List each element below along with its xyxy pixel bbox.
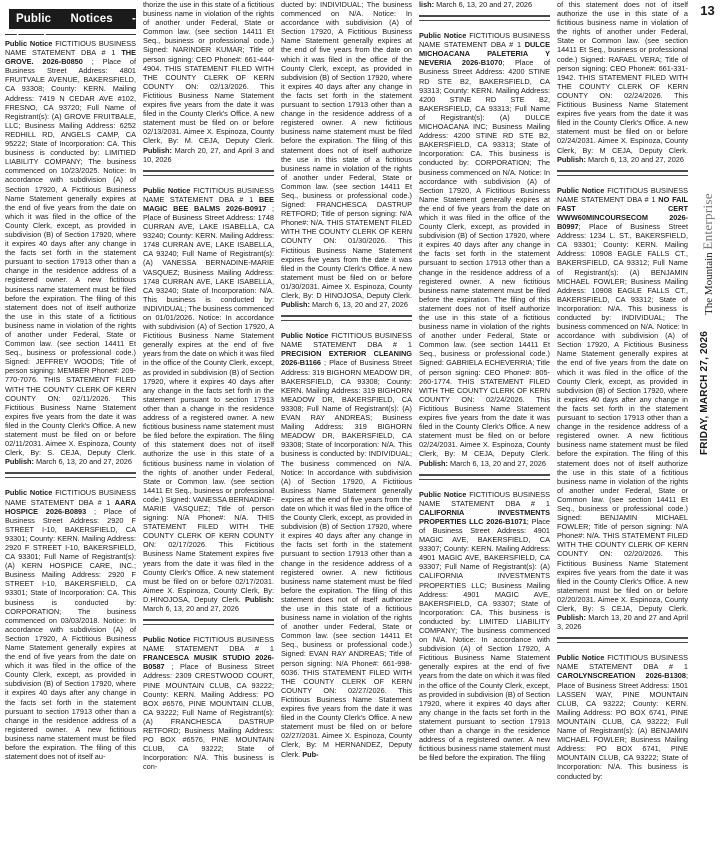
publish-label: Publish: [5,457,34,466]
notice-divider [557,637,688,643]
publish-dates: March 6, 13, 20 and 27, 2026 [448,459,546,468]
publish-dates: March 6, 13, 20 and 27, 2026 [586,155,684,164]
notice-divider [557,170,688,176]
legal-notice-bee-magic: Public Notice FICTITIOUS BUSINESS NAME S… [143,186,274,613]
section-header: Public Notices - Legals [9,9,136,29]
notice-body: ; Place of Business Street Address: 2309… [143,662,274,771]
notice-body: ; Place of Business Street Address: 2920… [5,507,136,762]
column-5: of this statement does not of itself aut… [557,0,688,850]
notice-body: ; Place of Business Street Address: 4200… [419,58,550,458]
legal-notice-the-grove: Public Notice FICTITIOUS BUSINESS NAME S… [5,39,136,466]
publish-label: Publish: [557,155,586,164]
notice-body: ducted by: INDIVIDUAL; The business comm… [281,0,412,300]
publish-dates: March 6, 13, 20 and 27, 2026 [34,457,132,466]
notice-lead: Public Notice [5,39,52,48]
legal-notice-carolynscreation: Public Notice FICTITIOUS BUSINESS NAME S… [557,653,688,780]
legal-notice-continuation: thorize the use in this state of a ficti… [143,0,274,164]
business-name: CAROLYNSCREATION 2026-B1308 [557,671,686,680]
notice-lead: Public Notice [557,186,604,195]
legal-notice-continuation: lish: March 6, 13, 20 and 27, 2026 [419,0,550,9]
legal-notice-no-fail-fast-cert: Public Notice FICTITIOUS BUSINESS NAME S… [557,186,688,632]
notice-lead: Public Notice [419,490,466,499]
notice-body: ; Place of Business Street Address: 4801… [5,57,136,457]
notice-divider [281,315,412,321]
masthead-strip: 13 The Mountain Enterprise FRIDAY, MARCH… [694,0,721,850]
notice-divider [143,619,274,625]
column-3: ducted by: INDIVIDUAL; The business comm… [281,0,412,850]
paper-name: The Mountain Enterprise [700,193,716,315]
notice-lead: Public Notice [143,635,190,644]
notice-divider [143,170,274,176]
notice-lead: Public Notice [5,488,52,497]
column-2: thorize the use in this state of a ficti… [143,0,274,850]
column-1: Public Notices - Legals Public Notice FI… [5,0,136,850]
notice-lead: Public Notice [143,186,190,195]
notice-body: ; Place of Business Street Address: 1501… [557,671,688,780]
publish-label: Publish: [557,613,586,622]
publish-dates: March 6, 13, 20 and 27, 2026 [143,604,239,613]
notice-body: ; Place of Business Street Address: 319 … [281,358,412,758]
publish-dates: March 6, 13, 20 and 27, 2026 [434,0,532,9]
legal-notice-dulce-michoacana: Public Notice FICTITIOUS BUSINESS NAME S… [419,31,550,468]
legal-notice-continuation: ducted by: INDIVIDUAL; The business comm… [281,0,412,309]
legal-notice-aara-hospice: Public Notice FICTITIOUS BUSINESS NAME S… [5,488,136,761]
legal-notice-california-investments: Public Notice FICTITIOUS BUSINESS NAME S… [419,490,550,763]
paper-name-part1: The Mountain [703,252,715,315]
legal-notice-continuation: of this statement does not of itself aut… [557,0,688,164]
publish-label: Pub- [302,750,318,759]
notice-body: thorize the use in this state of a ficti… [143,0,274,145]
paper-name-part2: Enterprise [700,193,715,249]
legal-notice-francesca-musik: Public Notice FICTITIOUS BUSINESS NAME S… [143,635,274,771]
publish-label: Publish: [245,595,274,604]
notice-lead: Public Notice [281,331,328,340]
column-4: lish: March 6, 13, 20 and 27, 2026 Publi… [419,0,550,850]
notice-divider [5,472,136,478]
publish-label: Publish: [143,146,172,155]
notice-body: ; Place of Business Street Address: 4901… [419,517,550,762]
notice-body: of this statement does not of itself aut… [557,0,688,155]
publish-dates: March 6, 13, 20 and 27, 2026 [310,300,408,309]
notice-lead: Public Notice [557,653,604,662]
notice-body: ; Place of Business Street Address: 1234… [557,222,688,613]
legal-notice-precision-exterior: Public Notice FICTITIOUS BUSINESS NAME S… [281,331,412,758]
publish-label: lish: [419,0,434,9]
notice-divider [419,474,550,480]
page-number: 13 [694,3,721,18]
notice-lead: Public Notice [419,31,466,40]
publish-label: Publish: [281,300,310,309]
publish-label: Publish: [419,459,448,468]
newspaper-page: Public Notices - Legals Public Notice FI… [0,0,721,850]
issue-date: FRIDAY, MARCH 27, 2026 [699,331,710,455]
notice-divider [419,15,550,21]
notice-body: ; Place of Business Street Address: 1748… [143,204,274,604]
